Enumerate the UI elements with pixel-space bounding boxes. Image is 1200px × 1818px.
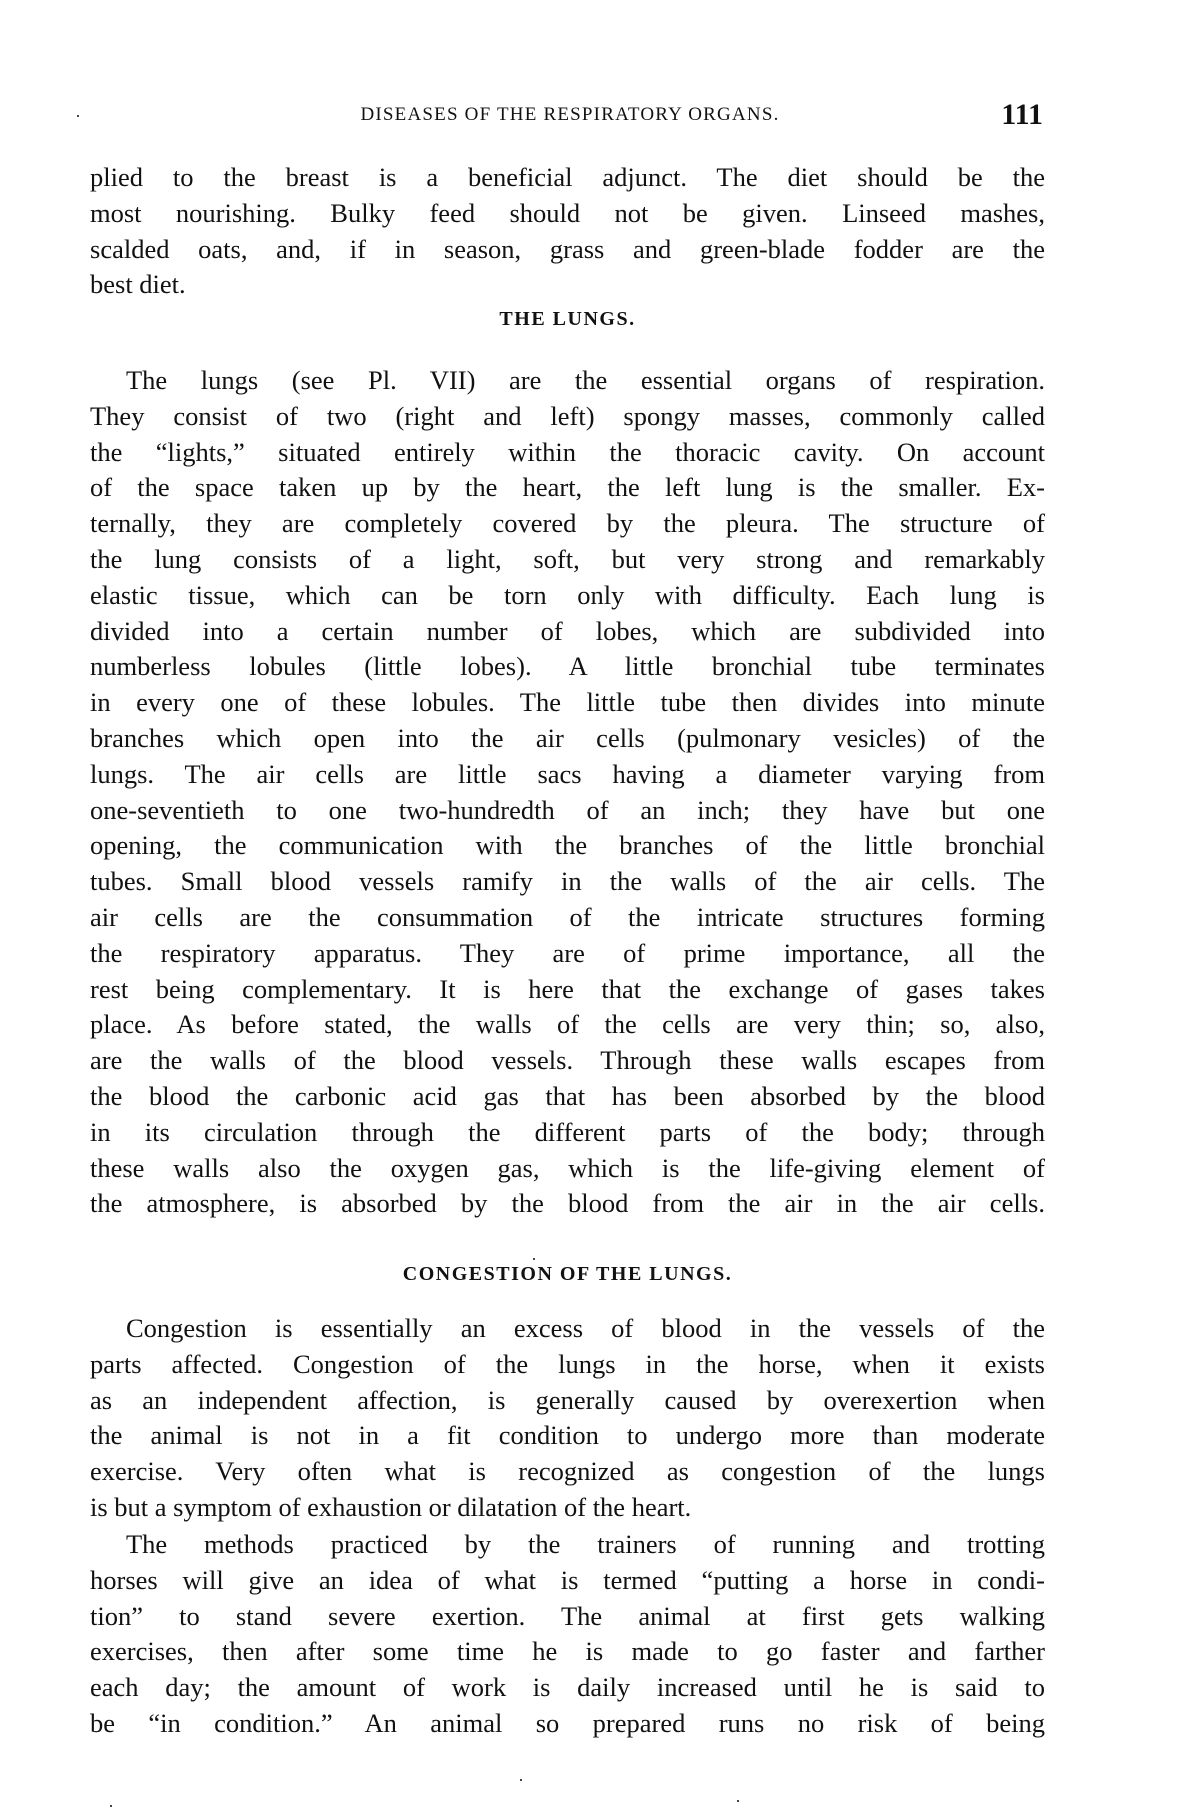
text-line: the atmosphere, is absorbed by the blood…: [90, 1186, 1045, 1222]
text-line: divided into a certain number of lobes, …: [90, 614, 1045, 650]
text-line: is but a symptom of exhaustion or dilata…: [90, 1490, 1045, 1526]
text-line: the respiratory apparatus. They are of p…: [90, 936, 1045, 972]
text-line: of the space taken up by the heart, the …: [90, 470, 1045, 506]
text-line: scalded oats, and, if in season, grass a…: [90, 232, 1045, 268]
text-line: in every one of these lobules. The littl…: [90, 685, 1045, 721]
scan-speck: [533, 1258, 535, 1260]
text-line: are the walls of the blood vessels. Thro…: [90, 1043, 1045, 1079]
text-line: The methods practiced by the trainers of…: [90, 1527, 1045, 1563]
text-line: most nourishing. Bulky feed should not b…: [90, 196, 1045, 232]
text-line: exercises, then after some time he is ma…: [90, 1634, 1045, 1670]
section-heading-the-lungs: THE LUNGS.: [90, 308, 1045, 331]
text-line: best diet.: [90, 267, 1045, 303]
text-line: ternally, they are completely covered by…: [90, 506, 1045, 542]
text-line: the animal is not in a fit condition to …: [90, 1418, 1045, 1454]
text-line: the “lights,” situated entirely within t…: [90, 435, 1045, 471]
congestion-paragraph-1: Congestion is essentially an excess of b…: [90, 1311, 1045, 1526]
text-line: place. As before stated, the walls of th…: [90, 1007, 1045, 1043]
running-header: DISEASES OF THE RESPIRATORY ORGANS. 111: [90, 98, 1045, 132]
scan-speck: [520, 1779, 522, 1781]
text-line: in its circulation through the different…: [90, 1115, 1045, 1151]
text-line: as an independent affection, is generall…: [90, 1383, 1045, 1419]
text-line: elastic tissue, which can be torn only w…: [90, 578, 1045, 614]
text-line: these walls also the oxygen gas, which i…: [90, 1151, 1045, 1187]
text-line: rest being complementary. It is here tha…: [90, 972, 1045, 1008]
text-line: Congestion is essentially an excess of b…: [90, 1311, 1045, 1347]
book-page: DISEASES OF THE RESPIRATORY ORGANS. 111 …: [0, 0, 1200, 1818]
text-line: parts affected. Congestion of the lungs …: [90, 1347, 1045, 1383]
text-line: opening, the communication with the bran…: [90, 828, 1045, 864]
text-line: They consist of two (right and left) spo…: [90, 399, 1045, 435]
continuation-paragraph: plied to the breast is a beneficial adju…: [90, 160, 1045, 303]
running-title: DISEASES OF THE RESPIRATORY ORGANS.: [290, 104, 850, 126]
text-line: air cells are the consummation of the in…: [90, 900, 1045, 936]
text-line: horses will give an idea of what is term…: [90, 1563, 1045, 1599]
congestion-paragraph-2: The methods practiced by the trainers of…: [90, 1527, 1045, 1742]
text-line: tion” to stand severe exertion. The anim…: [90, 1599, 1045, 1635]
scan-speck: [737, 1800, 739, 1802]
text-line: each day; the amount of work is daily in…: [90, 1670, 1045, 1706]
text-line: the lung consists of a light, soft, but …: [90, 542, 1045, 578]
text-line: exercise. Very often what is recognized …: [90, 1454, 1045, 1490]
text-line: branches which open into the air cells (…: [90, 721, 1045, 757]
page-number: 111: [1001, 98, 1043, 132]
text-line: plied to the breast is a beneficial adju…: [90, 160, 1045, 196]
text-line: lungs. The air cells are little sacs hav…: [90, 757, 1045, 793]
text-line: be “in condition.” An animal so prepared…: [90, 1706, 1045, 1742]
text-line: tubes. Small blood vessels ramify in the…: [90, 864, 1045, 900]
scan-speck: [110, 1805, 112, 1807]
text-line: the blood the carbonic acid gas that has…: [90, 1079, 1045, 1115]
section-heading-congestion: CONGESTION OF THE LUNGS.: [90, 1263, 1045, 1286]
lungs-paragraph: The lungs (see Pl. VII) are the essentia…: [90, 363, 1045, 1222]
text-line: one-seventieth to one two-hundredth of a…: [90, 793, 1045, 829]
text-line: The lungs (see Pl. VII) are the essentia…: [90, 363, 1045, 399]
scan-speck: [77, 115, 79, 117]
text-line: numberless lobules (little lobes). A lit…: [90, 649, 1045, 685]
